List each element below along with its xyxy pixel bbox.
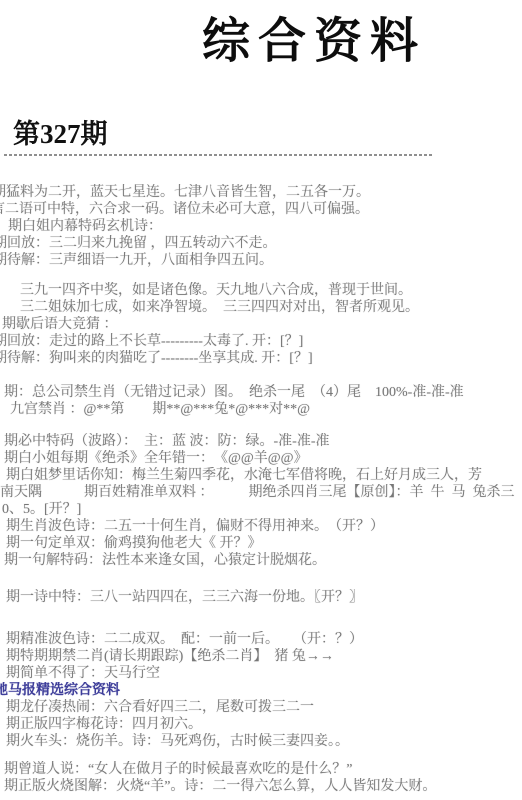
text-line: 期龙仔凑热闹：六合看好四三二，尾数可拨三二一 — [6, 699, 522, 716]
content-body: 期猛料为二开，蓝天七星连。七津八音皆生智，二五各一万。 言二语可中特，六合求一码… — [0, 184, 522, 795]
text-line: 期简单不得了：天马行空 — [6, 665, 522, 682]
text-line: 期回放：三二归来九挽留 ，四五转动六不走。 — [0, 235, 522, 252]
text-line: 言二语可中特，六合求一码。诸位未必可大意，四八可偏强。 — [0, 201, 522, 218]
text-line: 0、5。[开？] — [2, 501, 522, 518]
text-line: 南天隅 期百姓精准单双料 ： 期绝杀四肖三尾【原创】：羊 牛 马 兔杀三 — [0, 484, 522, 501]
text-line: 期曾道人说：“女人在做月子的时候最喜欢吃的是什么？” — [4, 761, 522, 778]
text-line: 期特期期禁二肖(请长期跟踪)【绝杀二肖】 猪 兔→→ — [6, 648, 522, 665]
text-line: 三九一四齐中奖，如是诸色像。天九地八六合成，普现于世间。 — [20, 282, 522, 299]
text-line: 期一诗中特：三八一站四四在，三三六海一份地。〖开？〗 — [6, 589, 522, 606]
highlight-line: 驰马报精选综合资料 — [0, 682, 522, 699]
text-line: 三二姐妹加七成，如来净智境。 三三四四对对出，智者所观见。 — [20, 299, 522, 316]
page: 综合资料 第327期 期猛料为二开，蓝天七星连。七津八音皆生智，二五各一万。 言… — [0, 0, 522, 800]
text-line: 期歇后语大竞猜 ： — [2, 316, 522, 333]
text-line: 期精准波色诗：二二成双。 配：一前一后。 （开：？） — [6, 631, 522, 648]
text-line: 期白姐梦里话你知：梅兰生菊四季花，水淹七军借将晚，石上好月成三人，芳 — [6, 467, 522, 484]
text-line: 期猛料为二开，蓝天七星连。七津八音皆生智，二五各一万。 — [0, 184, 522, 201]
text-line: 期火车头：烧伤羊。诗：马死鸡伤，古时候三妻四妾。。 — [6, 733, 522, 750]
text-line: 期回放：走过的路上不长草---------太毒了. 开：[？] — [0, 333, 522, 350]
text-line: 期必中特码（波路）： 主：蓝 波：防：绿。-准-准-准 — [4, 433, 522, 450]
text-line: 期待解：狗叫来的肉猫吃了--------坐享其成. 开：[？] — [0, 350, 522, 367]
text-line: 期：总公司禁生肖（无错过记录）图。 绝杀一尾 （4）尾 100%-准-准-准 — [4, 384, 522, 401]
text-line: 期生肖波色诗：二五一十何生肖，偏财不得用神来。 （开？） — [6, 518, 522, 535]
page-title: 综合资料 — [202, 2, 426, 71]
issue-number: 第327期 — [13, 112, 108, 151]
text-line: 期一句解特码：法性本来逢女国，心猿定计脱烟花。 — [4, 552, 522, 569]
text-line: 期正版火烧图解：火烧“羊”。诗：二一得六怎么算，人人皆知发大财。 — [4, 778, 522, 795]
text-line: 期白姐内幕特码玄机诗： — [8, 218, 522, 235]
text-line: 期白小姐每期《绝杀》全年错一： 《@@羊@@》 — [4, 450, 522, 467]
text-line: 九宫禁肖 ：@**第 期**@***兔*@***对**@ — [10, 401, 522, 418]
text-line: 期正版四字梅花诗：四月初六。 — [6, 716, 522, 733]
text-line: 期一句定单双：偷鸡摸狗他老大《 开？》 — [6, 535, 522, 552]
dashed-separator — [4, 154, 433, 156]
text-line: 期待解：三声细语一九开，八面相争四五问。 — [0, 252, 522, 269]
